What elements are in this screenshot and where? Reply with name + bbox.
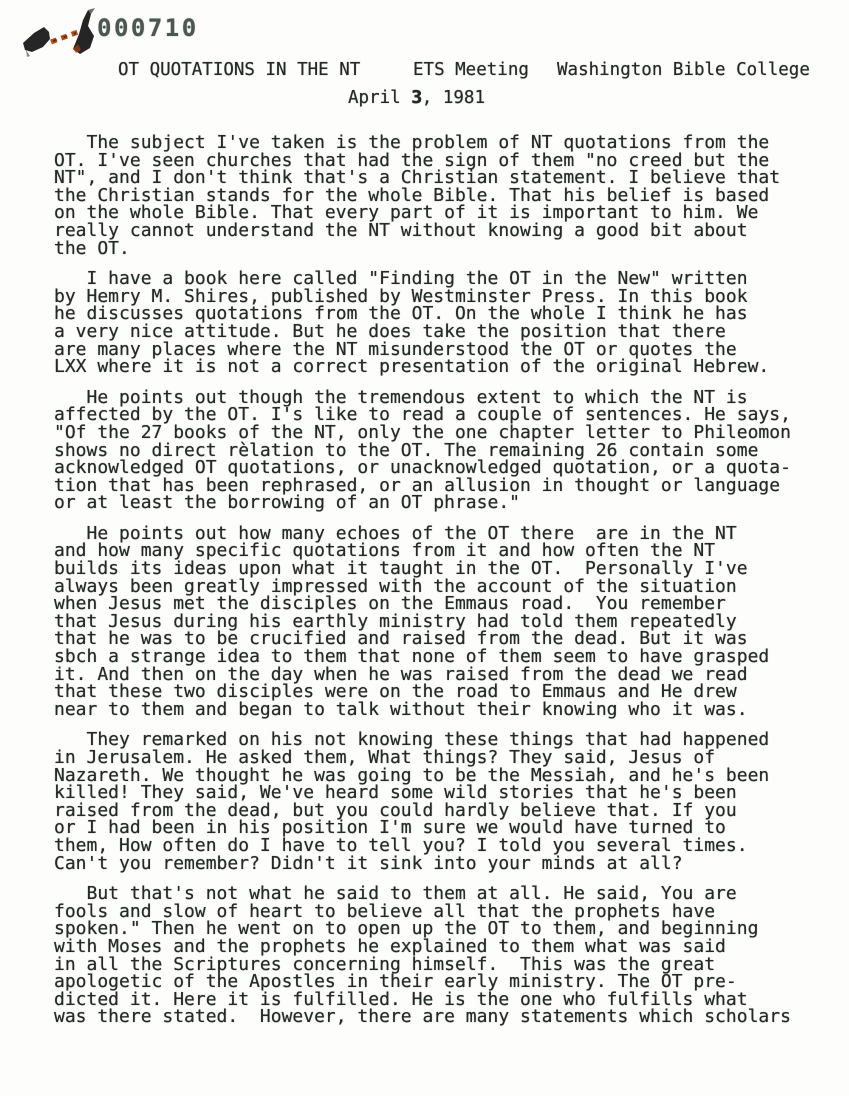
paragraph-6: But that's not what he said to them at a… bbox=[54, 885, 826, 1026]
date-month: April bbox=[348, 88, 401, 108]
page-number-stamp: 000710 bbox=[97, 14, 199, 42]
date-day-overstruck: 3 bbox=[411, 88, 422, 108]
paragraph-4: He points out how many echoes of the OT … bbox=[54, 525, 826, 719]
institution-name: Washington Bible College bbox=[557, 60, 810, 80]
paragraph-1: The subject I've taken is the problem of… bbox=[54, 134, 826, 257]
paragraph-2: I have a book here called "Finding the O… bbox=[54, 270, 826, 376]
document-title: OT QUOTATIONS IN THE NT bbox=[118, 60, 360, 80]
scanned-typewritten-page: 000710 OT QUOTATIONS IN THE NT ETS Meeti… bbox=[0, 0, 849, 1096]
meeting-name: ETS Meeting bbox=[413, 60, 529, 80]
document-date: April 3, 1981 bbox=[348, 88, 485, 108]
paragraph-3: He points out though the tremendous exte… bbox=[54, 389, 826, 512]
paragraph-5: They remarked on his not knowing these t… bbox=[54, 731, 826, 872]
document-body: The subject I've taken is the problem of… bbox=[54, 134, 826, 1039]
date-year: , 1981 bbox=[422, 88, 485, 108]
